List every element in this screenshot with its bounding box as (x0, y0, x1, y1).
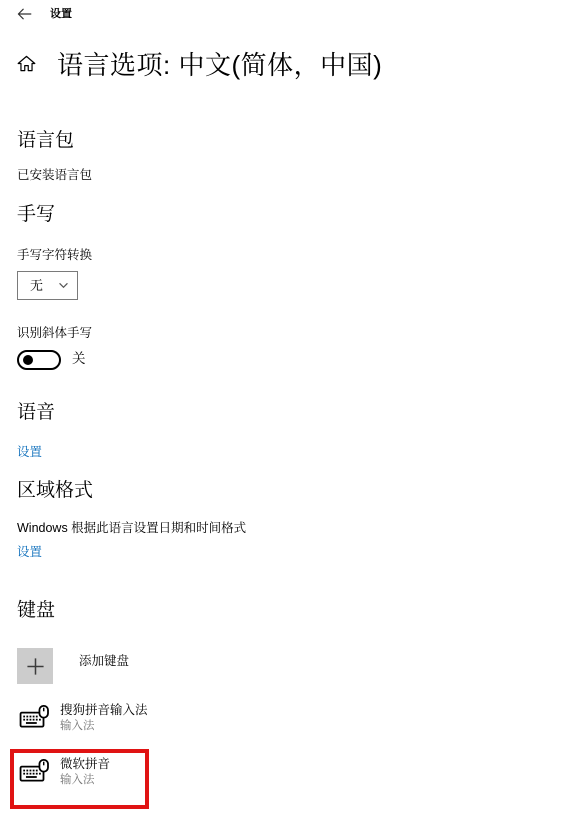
keyboard-item-title: 搜狗拼音输入法 (60, 702, 148, 718)
italic-handwriting-toggle[interactable] (17, 350, 61, 370)
chevron-down-icon (58, 282, 69, 289)
add-keyboard-button[interactable]: 添加键盘 (17, 648, 129, 684)
keyboard-item-sogou-pinyin[interactable]: 搜狗拼音输入法 输入法 (19, 702, 148, 734)
add-keyboard-label: 添加键盘 (79, 654, 129, 669)
section-heading-handwriting: 手写 (17, 205, 55, 226)
handwriting-conversion-label: 手写字符转换 (17, 248, 92, 263)
settings-window: 设置 语言选项: 中文(简体，中国) 语言包 已安装语言包 手写 手写字符转换 … (0, 0, 565, 832)
regional-format-settings-link[interactable]: 设置 (17, 545, 42, 560)
keyboard-item-microsoft-pinyin[interactable]: 微软拼音 输入法 (19, 756, 110, 788)
speech-settings-link[interactable]: 设置 (17, 445, 42, 460)
section-heading-language-pack: 语言包 (17, 131, 74, 152)
regional-format-description: Windows 根据此语言设置日期和时间格式 (17, 521, 246, 536)
keyboard-mouse-icon (19, 705, 50, 732)
keyboard-mouse-icon (19, 759, 50, 786)
keyboard-item-subtitle: 输入法 (60, 773, 110, 788)
plus-icon (17, 648, 53, 684)
installed-language-pack-label: 已安装语言包 (17, 168, 92, 183)
back-button[interactable] (12, 4, 36, 28)
back-arrow-icon (16, 7, 32, 26)
section-heading-keyboard: 键盘 (17, 601, 55, 622)
keyboard-item-subtitle: 输入法 (60, 719, 148, 734)
section-heading-regional-format: 区域格式 (17, 481, 93, 502)
toggle-knob (23, 355, 33, 365)
app-title: 设置 (50, 9, 72, 20)
toggle-state-label: 关 (72, 352, 86, 366)
dropdown-selected-value: 无 (30, 279, 43, 292)
home-icon (17, 55, 36, 77)
italic-handwriting-label: 识别斜体手写 (17, 326, 92, 341)
page-title: 语言选项: 中文(简体，中国) (57, 51, 382, 81)
section-heading-speech: 语音 (17, 403, 55, 424)
keyboard-item-title: 微软拼音 (60, 756, 110, 772)
handwriting-conversion-dropdown[interactable]: 无 (17, 271, 78, 300)
